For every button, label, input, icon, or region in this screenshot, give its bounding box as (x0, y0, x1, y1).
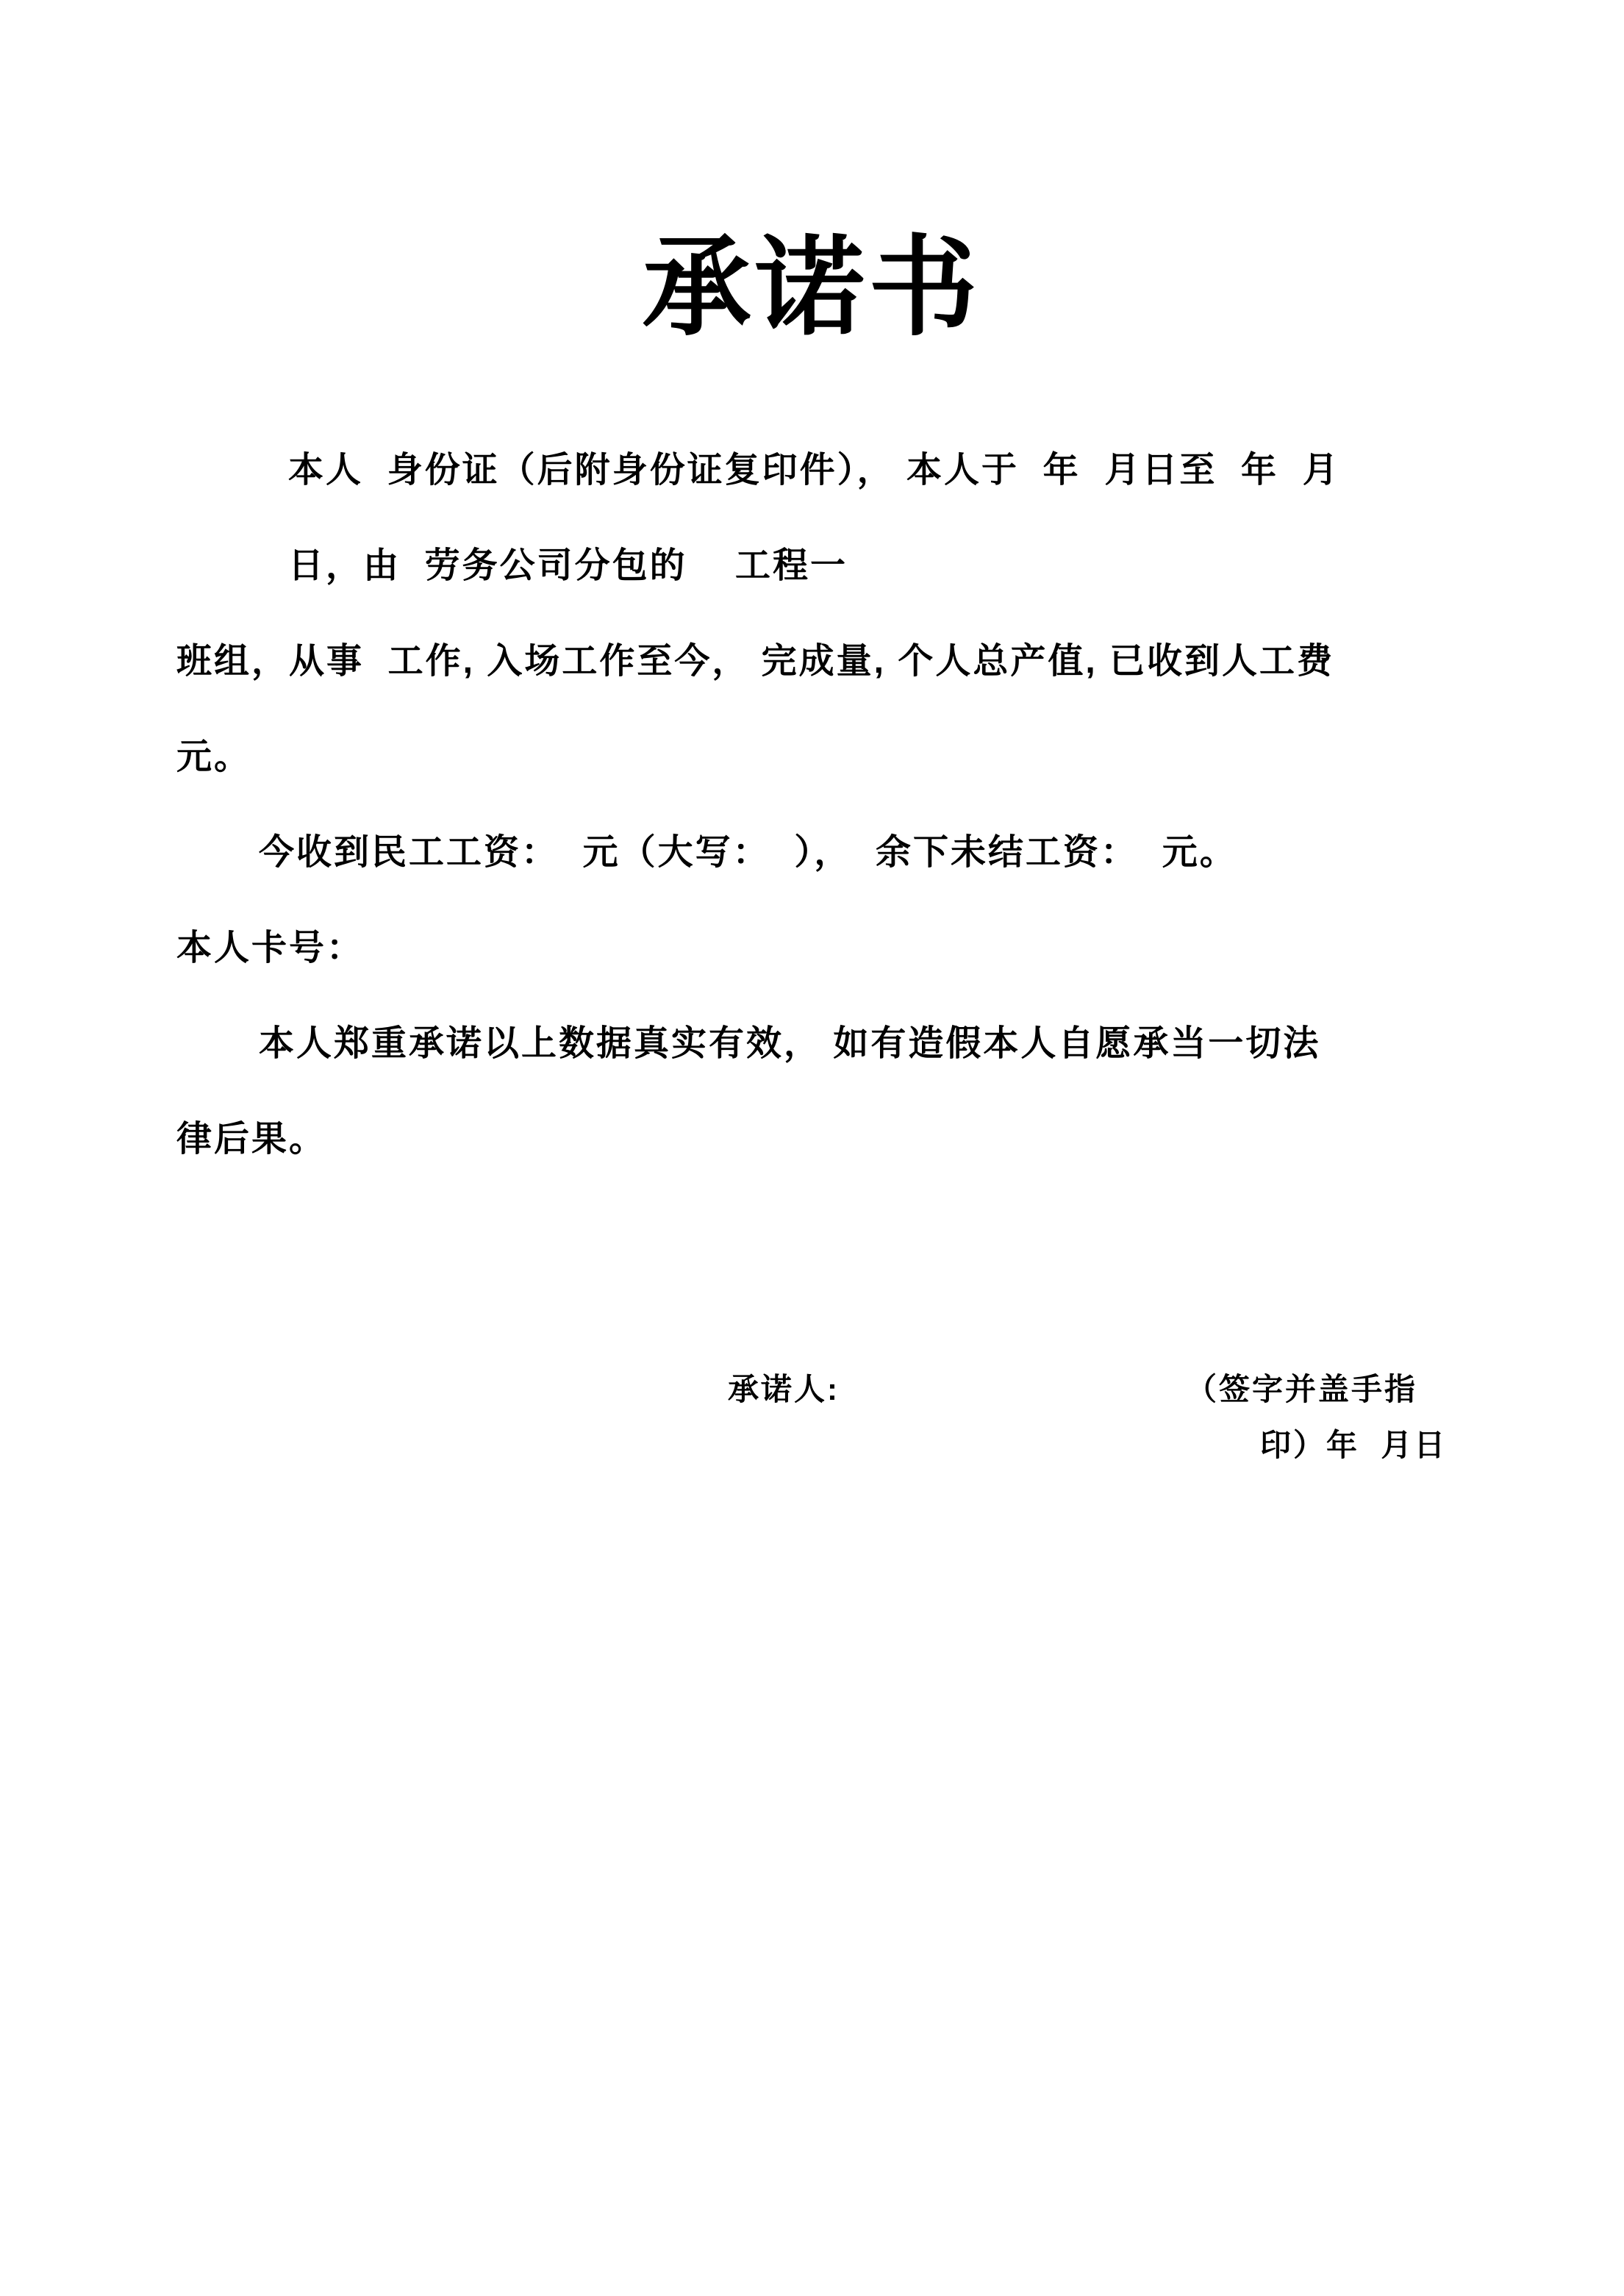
document-title: 承诺书 (0, 229, 1624, 347)
document-page: 承诺书 本人 身份证（后附身份证复印件）， 本人于 年 月日至 年 月 日，由 … (0, 0, 1624, 2296)
body-line-wage-received: 今收到民工工资： 元（大写： ）， 余下未结工资： 元。 (259, 805, 1448, 901)
signature-note-line1: （签字并盖手指 (1186, 1362, 1417, 1417)
body-line-yuan: 元。 (176, 709, 1448, 805)
body-line-work-detail: 班组，从事 工作, 入场工作至今， 完成量, 个人总产值, 已收到人工费 (176, 614, 1448, 709)
signature-label: 承诺人: (728, 1362, 840, 1417)
signature-note-line2: 印）年 月日 (1260, 1417, 1447, 1473)
document-body: 本人 身份证（后附身份证复印件）， 本人于 年 月日至 年 月 日，由 劳务公司… (176, 423, 1448, 1187)
body-line-promise: 本人郑重承诺以上数据真实有效， 如有造假本人自愿承当一切法 (259, 996, 1448, 1092)
body-line-company: 日，由 劳务公司分包的 工程一 (288, 518, 1448, 614)
body-line-promise-end: 律后果。 (176, 1092, 1448, 1187)
body-line-card-number: 本人卡号： (176, 901, 1448, 996)
body-line-identity: 本人 身份证（后附身份证复印件）， 本人于 年 月日至 年 月 (288, 423, 1448, 518)
